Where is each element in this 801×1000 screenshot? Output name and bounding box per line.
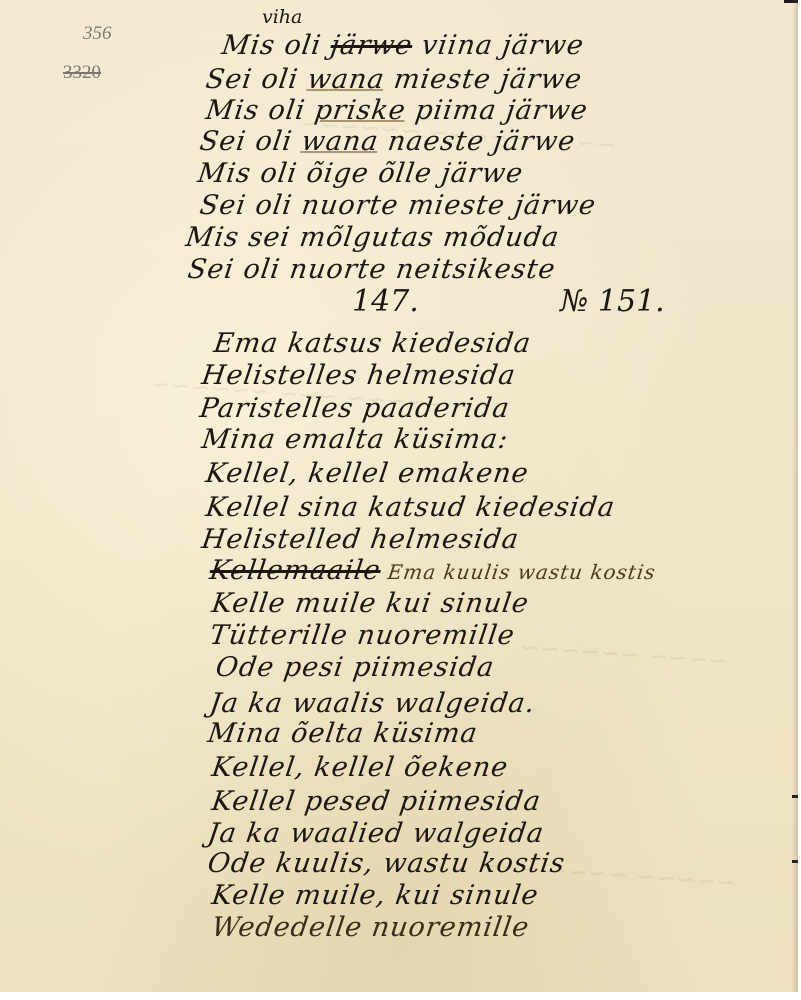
archive-number: 356	[83, 23, 112, 45]
struck-word: Kellemaaile	[208, 555, 383, 586]
song-number-old: 147.	[352, 284, 419, 319]
struck-word: järwe	[329, 30, 415, 61]
verse-line: Paristelles paaderida	[198, 393, 512, 424]
verse-line: Sei oli wana mieste järwe	[204, 64, 584, 95]
verse-line: Ode kuulis, wastu kostis	[206, 848, 567, 879]
verse-line: Helistelles helmesida	[200, 360, 518, 391]
verse-line: Sei oli wana naeste järwe	[198, 126, 578, 157]
verse-line: Kellel, kellel õekene	[210, 752, 511, 783]
verse-line: Kelle muile, kui sinule	[210, 880, 541, 911]
inserted-word: viha	[262, 6, 302, 28]
show-through-text: ~~~~ ~~~~~~	[519, 633, 729, 675]
verse-line: Ja ka waalis walgeida.	[208, 688, 538, 719]
song-number: № 151.	[560, 284, 665, 319]
manuscript-page: ~~~~ ~~~~~ ~~~~~~ ~~~~~ ~~~ ~~~~~~ ~~~~ …	[0, 0, 798, 992]
verse-line: Kellemaaile Ema kuulis wastu kostis	[208, 555, 658, 586]
archive-number-struck: 3320	[63, 62, 101, 84]
edge-mark	[792, 860, 798, 863]
added-line-text: Ema kuulis wastu kostis	[379, 560, 658, 584]
verse-line: Wededelle nuoremille	[210, 912, 532, 943]
edge-mark	[784, 0, 798, 3]
verse-line: Sei oli nuorte neitsikeste	[186, 254, 558, 285]
verse-line: Sei oli nuorte mieste järwe	[198, 190, 598, 221]
verse-line: Kellel pesed piimesida	[210, 786, 543, 817]
verse-line: Mis oli priske piima järwe	[204, 95, 590, 126]
verse-line: Ema katsus kiedesida	[212, 328, 533, 359]
verse-line: Mis oli järwe viina järwe	[220, 30, 586, 61]
verse-line: Mina õelta küsima	[206, 718, 480, 749]
verse-line: Tütterille nuoremille	[208, 620, 517, 651]
verse-line: Mis oli õige õlle järwe	[196, 158, 525, 189]
edge-mark	[792, 795, 798, 798]
verse-line: Helistelled helmesida	[200, 524, 521, 555]
verse-line: Ja ka waalied walgeida	[206, 818, 546, 849]
verse-line: Kelle muile kui sinule	[210, 588, 531, 619]
verse-line: Mina emalta küsima:	[200, 424, 511, 455]
verse-line: Kellel, kellel emakene	[204, 458, 531, 489]
verse-line: Ode pesi piimesida	[214, 652, 497, 683]
verse-line: Kellel sina katsud kiedesida	[204, 492, 617, 523]
verse-line: Mis sei mõlgutas mõduda	[184, 222, 562, 253]
